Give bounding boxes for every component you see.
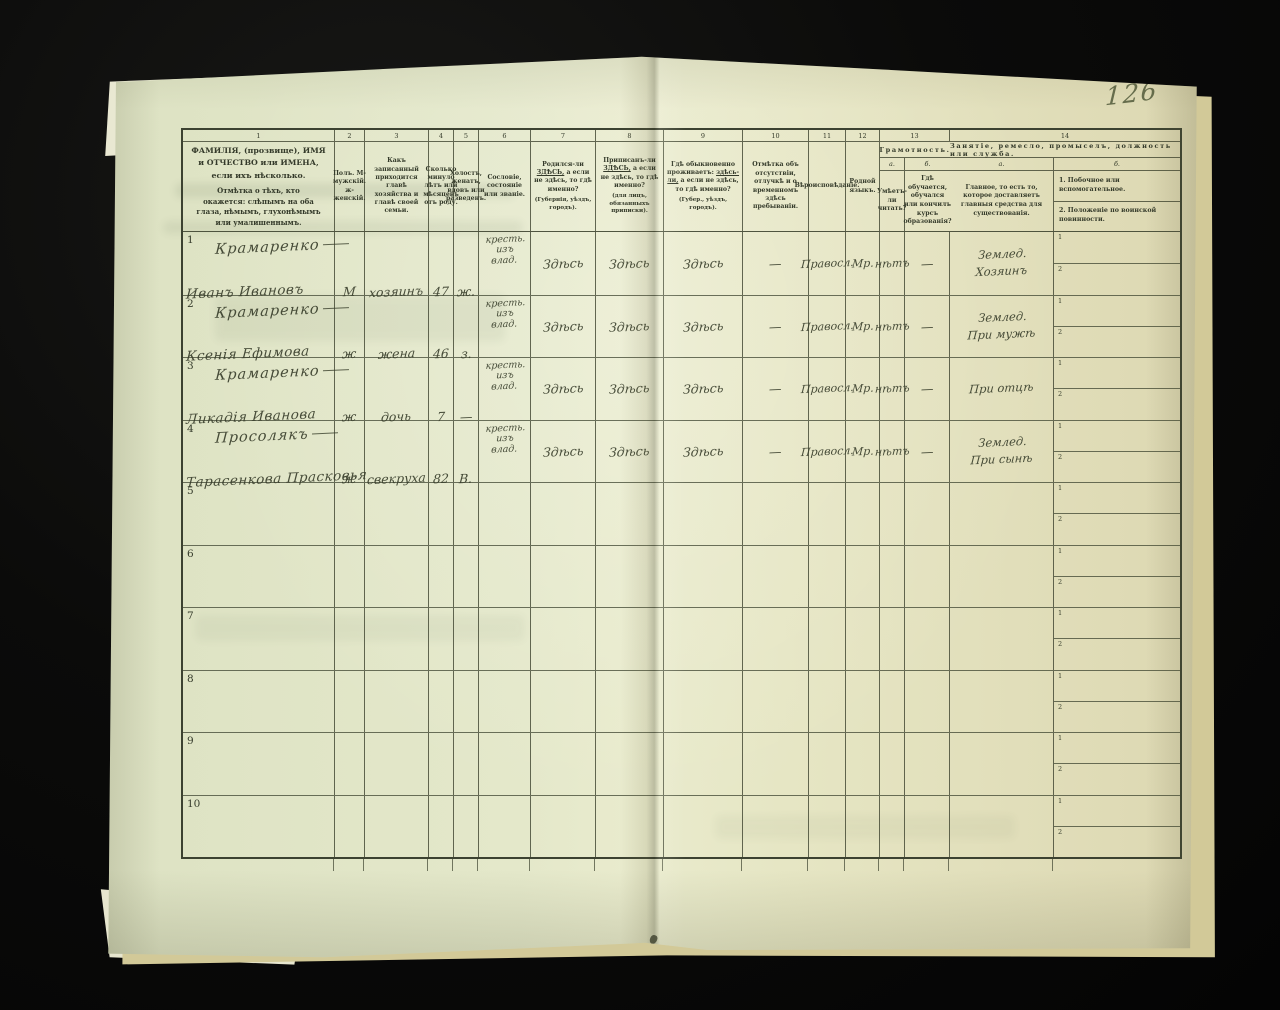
column-line [878, 857, 879, 871]
side-occupation-subrow: 2 [1054, 263, 1180, 295]
column-line [477, 857, 478, 871]
relation-entry [365, 546, 429, 608]
relation-entry-text: хозяинъ [369, 282, 424, 299]
column-number: 3 [365, 130, 429, 141]
religion-entry [809, 671, 846, 733]
census-sheet: 126 1 2 3 4 5 6 7 8 9 10 11 12 13 14 ФАМ… [105, 55, 1200, 960]
marital-entry: В. [454, 421, 479, 483]
age-entry [429, 733, 454, 795]
residence-entry: Здѣсь [664, 421, 743, 483]
surname-entry: Крамаренко [215, 362, 349, 384]
language-entry-text: Мр. [851, 319, 874, 333]
residence-entry: Здѣсь [664, 296, 743, 358]
sex-entry [335, 671, 365, 733]
sex-entry-text: М [343, 283, 357, 299]
occupation-cell [950, 796, 1054, 858]
header-religion: Вѣроисповѣданіе. [809, 142, 846, 231]
residence-entry [664, 796, 743, 858]
estate-line: влад. [484, 318, 524, 330]
side-occupation-subrow: 1 [1054, 483, 1180, 513]
subrow-number: 2 [1058, 515, 1062, 523]
row-number: 10 [187, 798, 200, 810]
column-line [1052, 857, 1053, 871]
occupation-cell: Землед.При мужѣ [950, 296, 1054, 358]
age-entry [429, 546, 454, 608]
education-entry: — [905, 358, 950, 420]
residence-entry-text: Здѣсь [682, 443, 723, 460]
table-row: 3КрамаренкоЛикадія Ивановаждочь7—кресть.… [183, 357, 1180, 420]
relation-entry [365, 796, 429, 858]
subrow-number: 2 [1058, 453, 1062, 461]
page-number: 126 [1104, 76, 1159, 112]
registration-entry [596, 483, 664, 545]
absence-entry: — [743, 358, 809, 420]
relation-entry: жена [365, 296, 429, 358]
header-marital-status: Холостъ, женатъ, вдовъ или разведенъ. [454, 142, 479, 231]
column-number: 4 [429, 130, 454, 141]
name-cell: 7 [183, 608, 335, 670]
subrow-number: 1 [1058, 297, 1062, 305]
literacy-entry-text: нѣтъ [874, 319, 909, 334]
marital-entry [454, 796, 479, 858]
language-entry [846, 671, 880, 733]
absence-entry-text: — [769, 381, 782, 397]
relation-entry [365, 608, 429, 670]
side-occupation-subrow: 1 [1054, 733, 1180, 763]
side-occupation-subrow: 1 [1054, 608, 1180, 638]
birthplace-entry-text: Здѣсь [542, 443, 583, 460]
age-entry: 46 [429, 296, 454, 358]
table-row: 1012 [183, 795, 1180, 858]
name-cell: 2КрамаренкоКсенія Ефимова [183, 296, 335, 358]
column-line [741, 857, 742, 871]
side-occupation-cell: 12 [1054, 671, 1180, 733]
age-entry-text: 46 [433, 346, 450, 362]
table-row: 712 [183, 607, 1180, 670]
occupation-line: При сынѣ [969, 450, 1032, 470]
registration-entry-text: Здѣсь [609, 318, 650, 335]
column-line [948, 857, 949, 871]
header-main-occupation: Главное, то есть то, которое доставляетъ… [950, 171, 1054, 231]
relation-entry: дочь [365, 358, 429, 420]
subrow-number: 1 [1058, 359, 1062, 367]
subrow-number: 2 [1058, 265, 1062, 273]
language-entry-text: Мр. [851, 382, 874, 396]
table-row: 612 [183, 545, 1180, 608]
education-entry [905, 546, 950, 608]
literacy-entry: нѣтъ [880, 421, 905, 483]
occupation-cell: Землед.Хозяинъ [950, 232, 1054, 295]
estate-cell: кресть.изъвлад. [479, 421, 531, 483]
relation-entry-text: жена [377, 345, 415, 362]
subrow-number: 2 [1058, 828, 1062, 836]
sex-entry-text: ж [342, 408, 357, 424]
birthplace-entry: Здѣсь [531, 232, 596, 295]
estate-cell: кресть.изъвлад. [479, 296, 531, 358]
estate-cell [479, 546, 531, 608]
name-cell: 1КрамаренкоИванъ Ивановъ [183, 232, 335, 295]
residence-entry-text: Здѣсь [682, 318, 723, 335]
column-number: 11 [809, 130, 846, 141]
side-occupation-subrow: 2 [1054, 763, 1180, 794]
sex-entry-text: ж [342, 346, 357, 362]
birthplace-entry-text: Здѣсь [542, 318, 583, 335]
column-number: 10 [743, 130, 809, 141]
column-number: 12 [846, 130, 880, 141]
table-body: 1КрамаренкоИванъ ИвановъМхозяинъ47ж.крес… [183, 232, 1180, 857]
registration-entry-text: Здѣсь [609, 255, 650, 272]
literacy-entry [880, 546, 905, 608]
religion-entry-text: Правосл. [800, 444, 854, 459]
table-row: 4ПросолякъТарасенкова Прасковьяжсвекруха… [183, 420, 1180, 483]
side-occupation-cell: 12 [1054, 546, 1180, 608]
subrow-number: 1 [1058, 734, 1062, 742]
ink-blot [649, 934, 659, 945]
header-estate: Сословіе, состояніе или званіе. [479, 142, 531, 231]
header-side-occupation-1: 1. Побочное или вспомогательное. [1054, 171, 1180, 201]
occupation-entry: Землед.При сынѣ [969, 433, 1033, 470]
estate-entry: кресть.изъвлад. [484, 357, 526, 393]
column-line [529, 857, 530, 871]
sex-entry [335, 733, 365, 795]
side-occupation-cell: 12 [1054, 232, 1180, 295]
side-occupation-cell: 12 [1054, 733, 1180, 795]
registration-entry: Здѣсь [596, 358, 664, 420]
relation-entry [365, 483, 429, 545]
relation-entry [365, 733, 429, 795]
column-line-overrun [181, 857, 1178, 872]
row-number: 7 [187, 610, 194, 622]
header-literacy-title: Грамотность. [880, 142, 950, 158]
marital-entry: — [454, 358, 479, 420]
name-cell: 9 [183, 733, 335, 795]
header-side-occupation: 1. Побочное или вспомогательное. 2. Поло… [1054, 171, 1180, 231]
header-residence-note: (Губер., уѣздъ, городъ). [666, 197, 740, 212]
registration-entry-text: Здѣсь [609, 380, 650, 397]
residence-entry-text: Здѣсь [682, 380, 723, 397]
birthplace-entry [531, 733, 596, 795]
religion-entry [809, 733, 846, 795]
birthplace-entry [531, 546, 596, 608]
absence-entry: — [743, 296, 809, 358]
table-row: 2КрамаренкоКсенія Ефимоважжена46з.кресть… [183, 295, 1180, 358]
birthplace-entry: Здѣсь [531, 421, 596, 483]
marital-entry-text: з. [460, 346, 472, 362]
education-entry: — [905, 296, 950, 358]
subrow-number: 1 [1058, 233, 1062, 241]
sex-entry [335, 796, 365, 858]
estate-cell [479, 671, 531, 733]
residence-entry: Здѣсь [664, 358, 743, 420]
literacy-entry [880, 483, 905, 545]
estate-entry: кресть.изъвлад. [484, 420, 526, 456]
occupation-cell: Землед.При сынѣ [950, 421, 1054, 483]
relation-entry: хозяинъ [365, 232, 429, 295]
estate-line: влад. [484, 381, 524, 393]
literacy-entry: нѣтъ [880, 358, 905, 420]
occupation-cell [950, 483, 1054, 545]
religion-entry-text: Правосл. [800, 256, 854, 271]
birthplace-entry [531, 608, 596, 670]
religion-entry [809, 483, 846, 545]
education-entry: — [905, 232, 950, 295]
literacy-entry [880, 671, 905, 733]
header-residence: Гдѣ обыкновенно проживаетъ: здѣсь-ли, а … [664, 142, 743, 231]
absence-entry [743, 483, 809, 545]
literacy-entry: нѣтъ [880, 232, 905, 295]
side-occupation-cell: 12 [1054, 358, 1180, 420]
sex-entry: ж [335, 296, 365, 358]
occupation-line: При мужѣ [967, 325, 1036, 345]
registration-entry: Здѣсь [596, 232, 664, 295]
absence-entry [743, 796, 809, 858]
birthplace-entry: Здѣсь [531, 358, 596, 420]
occupation-entry: При отцѣ [969, 379, 1034, 399]
estate-entry: кресть.изъвлад. [484, 295, 526, 331]
occupation-cell [950, 671, 1054, 733]
column-line [427, 857, 428, 871]
absence-entry [743, 671, 809, 733]
column-number: 13 [880, 130, 950, 141]
age-entry-text: 47 [433, 283, 450, 299]
language-entry-text: Мр. [851, 444, 874, 458]
subrow-number: 2 [1058, 578, 1062, 586]
marital-entry [454, 733, 479, 795]
row-number: 8 [187, 673, 194, 685]
header-occupation-group: Занятіе, ремесло, промыселъ, должность и… [950, 142, 1180, 231]
absence-entry: — [743, 232, 809, 295]
literacy-entry [880, 608, 905, 670]
side-occupation-cell: 12 [1054, 421, 1180, 483]
name-cell: 3КрамаренкоЛикадія Иванова [183, 358, 335, 420]
registration-entry: Здѣсь [596, 296, 664, 358]
side-occupation-cell: 12 [1054, 608, 1180, 670]
occupation-entry: Землед.Хозяинъ [975, 245, 1029, 282]
subrow-number: 1 [1058, 672, 1062, 680]
subrow-number: 1 [1058, 797, 1062, 805]
census-table: 1 2 3 4 5 6 7 8 9 10 11 12 13 14 ФАМИЛІЯ… [181, 128, 1182, 859]
column-number: 2 [335, 130, 365, 141]
religion-entry-text: Правосл. [800, 381, 854, 396]
surname-entry: Крамаренко [215, 300, 349, 322]
marital-entry [454, 546, 479, 608]
marital-entry [454, 671, 479, 733]
sex-entry-text: ж [342, 471, 357, 487]
subrow-number: 2 [1058, 765, 1062, 773]
literacy-entry-text: нѣтъ [874, 381, 909, 396]
subrow-number: 1 [1058, 547, 1062, 555]
marital-entry-text: ж. [456, 283, 475, 299]
subrow-number: 1 [1058, 422, 1062, 430]
header-registration: Приписанъ-ли ЗДѢСЬ, а если не здѣсь, то … [596, 142, 664, 231]
literacy-subheaders: Умѣетъ-ли читать? Гдѣ обучается, обучалс… [880, 171, 950, 231]
header-name-note: Отмѣтка о тѣхъ, кто окажется: слѣпымъ на… [185, 186, 332, 228]
header-registration-note: (для лицъ, обязанныхъ приписки). [598, 193, 661, 216]
name-cell: 4ПросолякъТарасенкова Прасковья [183, 421, 335, 483]
estate-cell: кресть.изъвлад. [479, 232, 531, 295]
religion-entry: Правосл. [809, 421, 846, 483]
residence-entry-text: Здѣсь [682, 255, 723, 272]
surname-entry: Крамаренко [215, 236, 349, 258]
marital-entry: ж. [454, 232, 479, 295]
residence-entry [664, 671, 743, 733]
column-number: 7 [531, 130, 596, 141]
absence-entry-text: — [769, 318, 782, 334]
name-cell: 10 [183, 796, 335, 858]
age-entry [429, 483, 454, 545]
birthplace-entry: Здѣсь [531, 296, 596, 358]
side-occupation-subrow: 2 [1054, 638, 1180, 669]
side-occupation-subrow: 2 [1054, 513, 1180, 544]
column-number: 14 [950, 130, 1180, 141]
literacy-entry [880, 796, 905, 858]
side-occupation-subrow: 1 [1054, 421, 1180, 451]
sex-entry: ж [335, 358, 365, 420]
side-occupation-subrow: 1 [1054, 796, 1180, 826]
sex-entry: М [335, 232, 365, 295]
header-birthplace-text: Родился-ли ЗДѢСЬ, а если не здѣсь, то гд… [533, 161, 593, 194]
header-can-read: Умѣетъ-ли читать? [880, 171, 905, 231]
header-residence-text: Гдѣ обыкновенно проживаетъ: здѣсь-ли, а … [666, 161, 740, 194]
education-entry-text: — [920, 381, 933, 397]
side-occupation-cell: 12 [1054, 796, 1180, 858]
subrow-number: 2 [1058, 328, 1062, 336]
header-native-language: Родной языкъ. [846, 142, 880, 231]
estate-cell: кресть.изъвлад. [479, 358, 531, 420]
estate-line: влад. [484, 255, 524, 267]
absence-entry [743, 733, 809, 795]
language-entry-text: Мр. [851, 256, 874, 270]
header-row: ФАМИЛІЯ, (прозвище), ИМЯ и ОТЧЕСТВО или … [183, 142, 1180, 232]
row-number: 9 [187, 735, 194, 747]
religion-entry: Правосл. [809, 296, 846, 358]
column-line [452, 857, 453, 871]
estate-cell [479, 608, 531, 670]
absence-entry: — [743, 421, 809, 483]
birthplace-entry [531, 796, 596, 858]
religion-entry [809, 796, 846, 858]
occupation-cell [950, 546, 1054, 608]
birthplace-entry-text: Здѣсь [542, 255, 583, 272]
row-number: 1 [187, 234, 194, 246]
side-occupation-subrow: 2 [1054, 576, 1180, 607]
education-entry [905, 483, 950, 545]
registration-entry: Здѣсь [596, 421, 664, 483]
row-number: 6 [187, 548, 194, 560]
column-line [844, 857, 845, 871]
relation-entry-text: свекруха [367, 470, 427, 488]
header-name-column: ФАМИЛІЯ, (прозвище), ИМЯ и ОТЧЕСТВО или … [183, 142, 335, 231]
marital-entry-text: В. [459, 471, 473, 487]
side-occupation-subrow: 2 [1054, 451, 1180, 482]
age-entry [429, 796, 454, 858]
absence-entry-text: — [769, 443, 782, 459]
marital-entry [454, 608, 479, 670]
estate-line: влад. [484, 443, 524, 455]
estate-entry: кресть.изъвлад. [484, 231, 526, 267]
education-entry [905, 733, 950, 795]
header-registration-text: Приписанъ-ли ЗДѢСЬ, а если не здѣсь, то … [598, 157, 661, 190]
sex-entry [335, 546, 365, 608]
side-occupation-subrow: 1 [1054, 671, 1180, 701]
sublabel-a: а. [880, 158, 905, 170]
header-relation: Какъ записанный приходится главѣ хозяйст… [365, 142, 429, 231]
side-occupation-cell: 12 [1054, 296, 1180, 358]
column-number: 1 [183, 130, 335, 141]
column-line [594, 857, 595, 871]
header-military-status: 2. Положеніе по воинской повинности. [1054, 201, 1180, 232]
relation-entry: свекруха [365, 421, 429, 483]
absence-entry-text: — [769, 255, 782, 271]
registration-entry [596, 671, 664, 733]
estate-cell [479, 483, 531, 545]
marital-entry: з. [454, 296, 479, 358]
age-entry: 47 [429, 232, 454, 295]
occupation-cell: При отцѣ [950, 358, 1054, 420]
registration-entry-text: Здѣсь [609, 443, 650, 460]
language-entry [846, 546, 880, 608]
literacy-sublabels: а. б. [880, 158, 950, 171]
language-entry [846, 796, 880, 858]
table-row: 912 [183, 732, 1180, 795]
sublabel-b: б. [1054, 158, 1180, 170]
birthplace-entry-text: Здѣсь [542, 380, 583, 397]
relation-entry [365, 671, 429, 733]
occupation-line: При отцѣ [969, 379, 1034, 399]
registration-entry [596, 796, 664, 858]
side-occupation-subrow: 1 [1054, 546, 1180, 576]
sublabel-a: а. [950, 158, 1054, 170]
estate-cell [479, 796, 531, 858]
religion-entry: Правосл. [809, 232, 846, 295]
subrow-number: 1 [1058, 609, 1062, 617]
column-line [333, 857, 334, 871]
table-row: 1КрамаренкоИванъ ИвановъМхозяинъ47ж.крес… [183, 232, 1180, 295]
side-occupation-subrow: 2 [1054, 326, 1180, 357]
age-entry: 82 [429, 421, 454, 483]
education-entry: — [905, 421, 950, 483]
residence-entry [664, 483, 743, 545]
religion-entry [809, 608, 846, 670]
age-entry-text: 7 [437, 408, 446, 423]
education-entry-text: — [920, 318, 933, 334]
column-line [662, 857, 663, 871]
side-occupation-subrow: 2 [1054, 826, 1180, 857]
literacy-entry-text: нѣтъ [874, 256, 909, 271]
table-row: 812 [183, 670, 1180, 733]
occupation-cell [950, 608, 1054, 670]
column-number: 8 [596, 130, 664, 141]
subrow-number: 2 [1058, 640, 1062, 648]
occupation-line: Хозяинъ [975, 262, 1028, 282]
column-number: 5 [454, 130, 479, 141]
language-entry [846, 483, 880, 545]
marital-entry-text: — [459, 408, 472, 424]
language-entry [846, 608, 880, 670]
side-occupation-subrow: 1 [1054, 358, 1180, 388]
column-number: 9 [664, 130, 743, 141]
subrow-number: 2 [1058, 390, 1062, 398]
name-cell: 6 [183, 546, 335, 608]
religion-entry: Правосл. [809, 358, 846, 420]
subrow-number: 1 [1058, 484, 1062, 492]
age-entry [429, 608, 454, 670]
birthplace-entry [531, 483, 596, 545]
literacy-entry: нѣтъ [880, 296, 905, 358]
education-entry-text: — [920, 255, 933, 271]
name-cell: 8 [183, 671, 335, 733]
marital-entry [454, 483, 479, 545]
